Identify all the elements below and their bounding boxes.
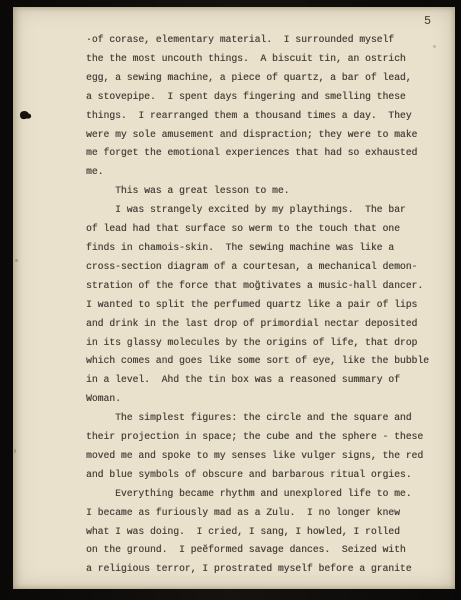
typescript-page: 5 ·of corase, elementary material. I sur…	[13, 7, 455, 589]
scan-background: 5 ·of corase, elementary material. I sur…	[0, 0, 461, 600]
paper-speck	[14, 449, 16, 453]
paper-speck	[15, 259, 18, 262]
ink-smudge-mark	[20, 111, 30, 120]
paper-speck	[433, 45, 436, 48]
typed-text: ·of corase, elementary material. I surro…	[86, 31, 429, 579]
page-number: 5	[424, 15, 431, 28]
